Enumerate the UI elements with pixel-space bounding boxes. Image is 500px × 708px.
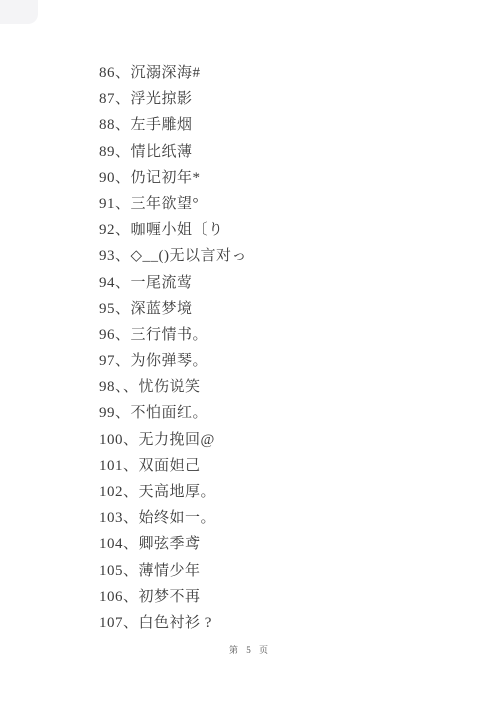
list-item: 92、咖喱小姐〔り — [99, 217, 459, 243]
corner-artifact — [0, 0, 38, 24]
document-page: 86、沉溺深海# 87、浮光掠影 88、左手雕烟 89、情比纸薄 90、仍记初年… — [0, 0, 500, 708]
list-item: 95、深蓝梦境 — [99, 296, 459, 322]
list-item: 98、、忧伤说笑 — [99, 374, 459, 400]
list-item: 103、始终如一。 — [99, 505, 459, 531]
list-item: 105、薄情少年 — [99, 558, 459, 584]
list-item: 99、不怕面红。 — [99, 400, 459, 426]
list-item: 104、卿弦季鸢 — [99, 531, 459, 557]
list-item: 100、无力挽回@ — [99, 427, 459, 453]
list-item: 101、双面妲己 — [99, 453, 459, 479]
list-item: 87、浮光掠影 — [99, 86, 459, 112]
list-item: 91、三年欲望° — [99, 191, 459, 217]
page-number-label: 第 5 页 — [229, 645, 271, 655]
list-item: 94、一尾流莺 — [99, 270, 459, 296]
list-item: 106、初梦不再 — [99, 584, 459, 610]
name-list: 86、沉溺深海# 87、浮光掠影 88、左手雕烟 89、情比纸薄 90、仍记初年… — [99, 60, 459, 636]
list-item: 107、白色衬衫 ? — [99, 610, 459, 636]
list-item: 97、为你弹琴。 — [99, 348, 459, 374]
list-item: 86、沉溺深海# — [99, 60, 459, 86]
list-item: 93、◇__()无以言对っ — [99, 243, 459, 269]
page-footer: 第 5 页 — [0, 640, 500, 658]
list-item: 88、左手雕烟 — [99, 112, 459, 138]
list-item: 89、情比纸薄 — [99, 139, 459, 165]
list-item: 102、天高地厚。 — [99, 479, 459, 505]
list-item: 90、仍记初年* — [99, 165, 459, 191]
list-item: 96、三行情书。 — [99, 322, 459, 348]
